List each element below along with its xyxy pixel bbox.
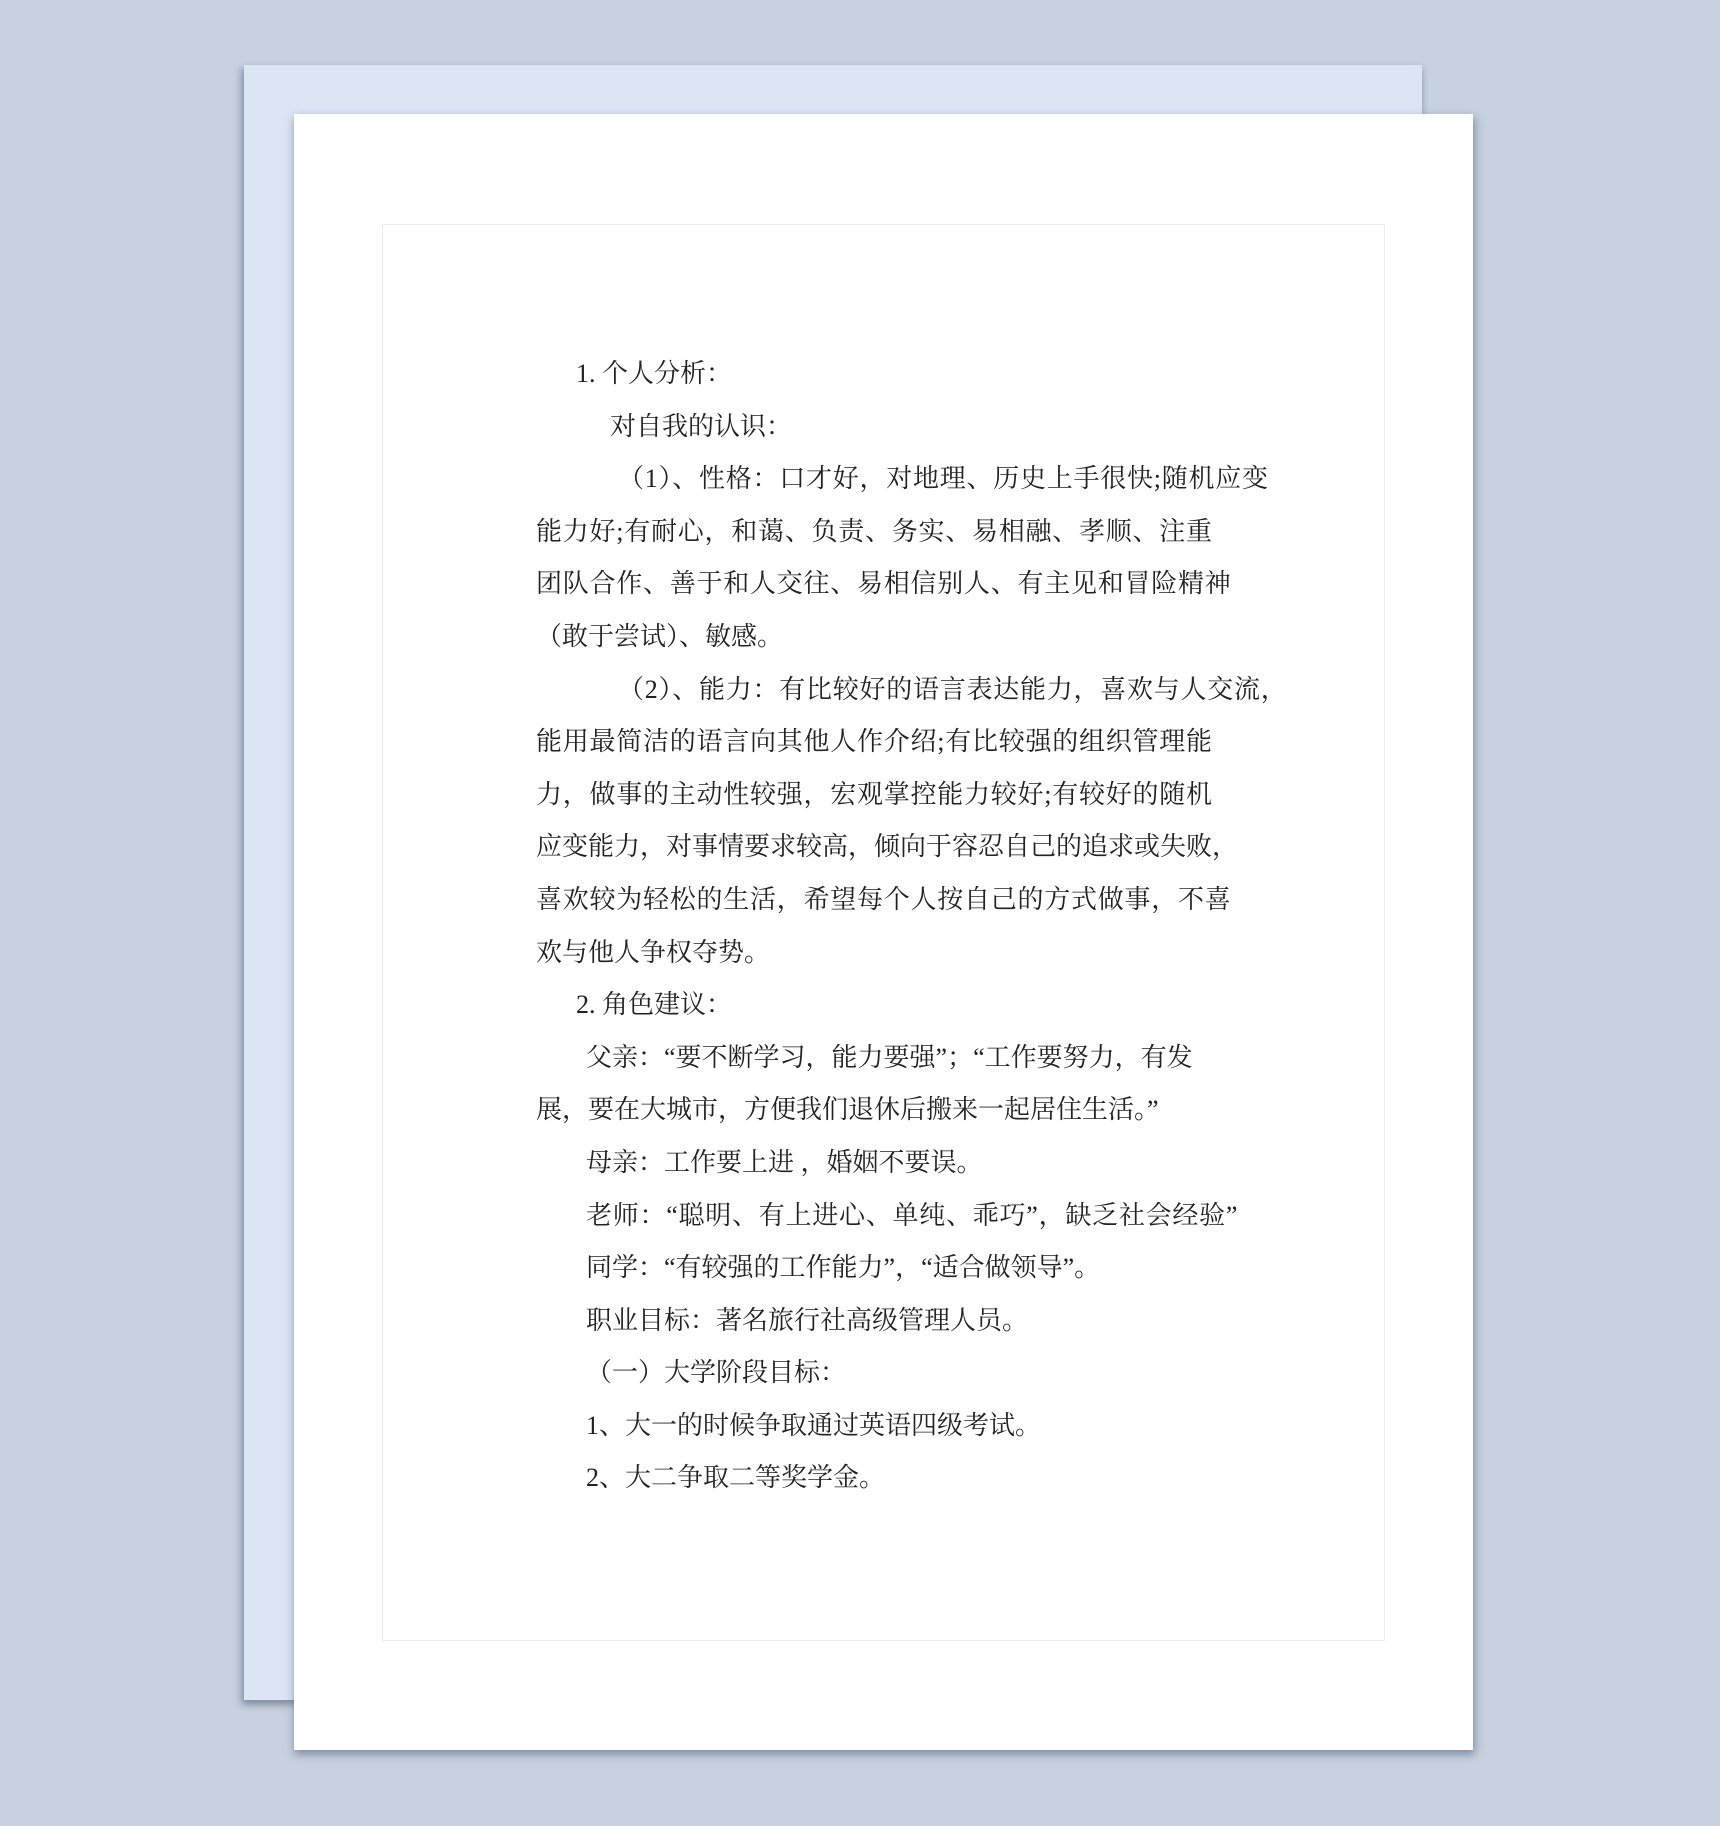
text-line: 母亲：工作要上进 ，婚姻不要误。: [536, 1137, 1232, 1190]
text-line: 2. 角色建议：: [536, 979, 1232, 1032]
text-line: 1、大一的时候争取通过英语四级考试。: [536, 1400, 1232, 1453]
text-line: 能力好;有耐心，和蔼、负责、务实、易相融、孝顺、注重: [536, 506, 1232, 559]
text-line: 老师：“聪明、有上进心、单纯、乖巧”，缺乏社会经验”: [536, 1190, 1232, 1243]
text-line: 展，要在大城市，方便我们退休后搬来一起居住生活。”: [536, 1084, 1232, 1137]
page-background: 1. 个人分析： 对自我的认识： （1）、性格：口才好，对地理、历史上手很快;随…: [0, 0, 1720, 1826]
text-line: 父亲：“要不断学习，能力要强”；“工作要努力，有发: [536, 1032, 1232, 1085]
document-text-block: 1. 个人分析： 对自我的认识： （1）、性格：口才好，对地理、历史上手很快;随…: [536, 348, 1232, 1505]
text-line: 同学：“有较强的工作能力”，“适合做领导”。: [536, 1242, 1232, 1295]
text-line: 力，做事的主动性较强，宏观掌控能力较好;有较好的随机: [536, 769, 1232, 822]
text-line: 能用最简洁的语言向其他人作介绍;有比较强的组织管理能: [536, 716, 1232, 769]
text-line: 团队合作、善于和人交往、易相信别人、有主见和冒险精神: [536, 558, 1232, 611]
text-line: 1. 个人分析：: [536, 348, 1232, 401]
text-line: （1）、性格：口才好，对地理、历史上手很快;随机应变: [536, 453, 1232, 506]
text-line: 2、大二争取二等奖学金。: [536, 1452, 1232, 1505]
text-line: 职业目标：著名旅行社高级管理人员。: [536, 1295, 1232, 1348]
text-line: （2）、能力：有比较好的语言表达能力，喜欢与人交流，: [536, 664, 1232, 717]
text-line: 喜欢较为轻松的生活，希望每个人按自己的方式做事，不喜: [536, 874, 1232, 927]
text-line: 应变能力，对事情要求较高，倾向于容忍自己的追求或失败，: [536, 821, 1232, 874]
text-line: 对自我的认识：: [536, 401, 1232, 454]
text-line: 欢与他人争权夺势。: [536, 927, 1232, 980]
text-line: （一）大学阶段目标：: [536, 1347, 1232, 1400]
document-page: 1. 个人分析： 对自我的认识： （1）、性格：口才好，对地理、历史上手很快;随…: [294, 114, 1473, 1750]
text-line: （敢于尝试）、敏感。: [536, 611, 1232, 664]
